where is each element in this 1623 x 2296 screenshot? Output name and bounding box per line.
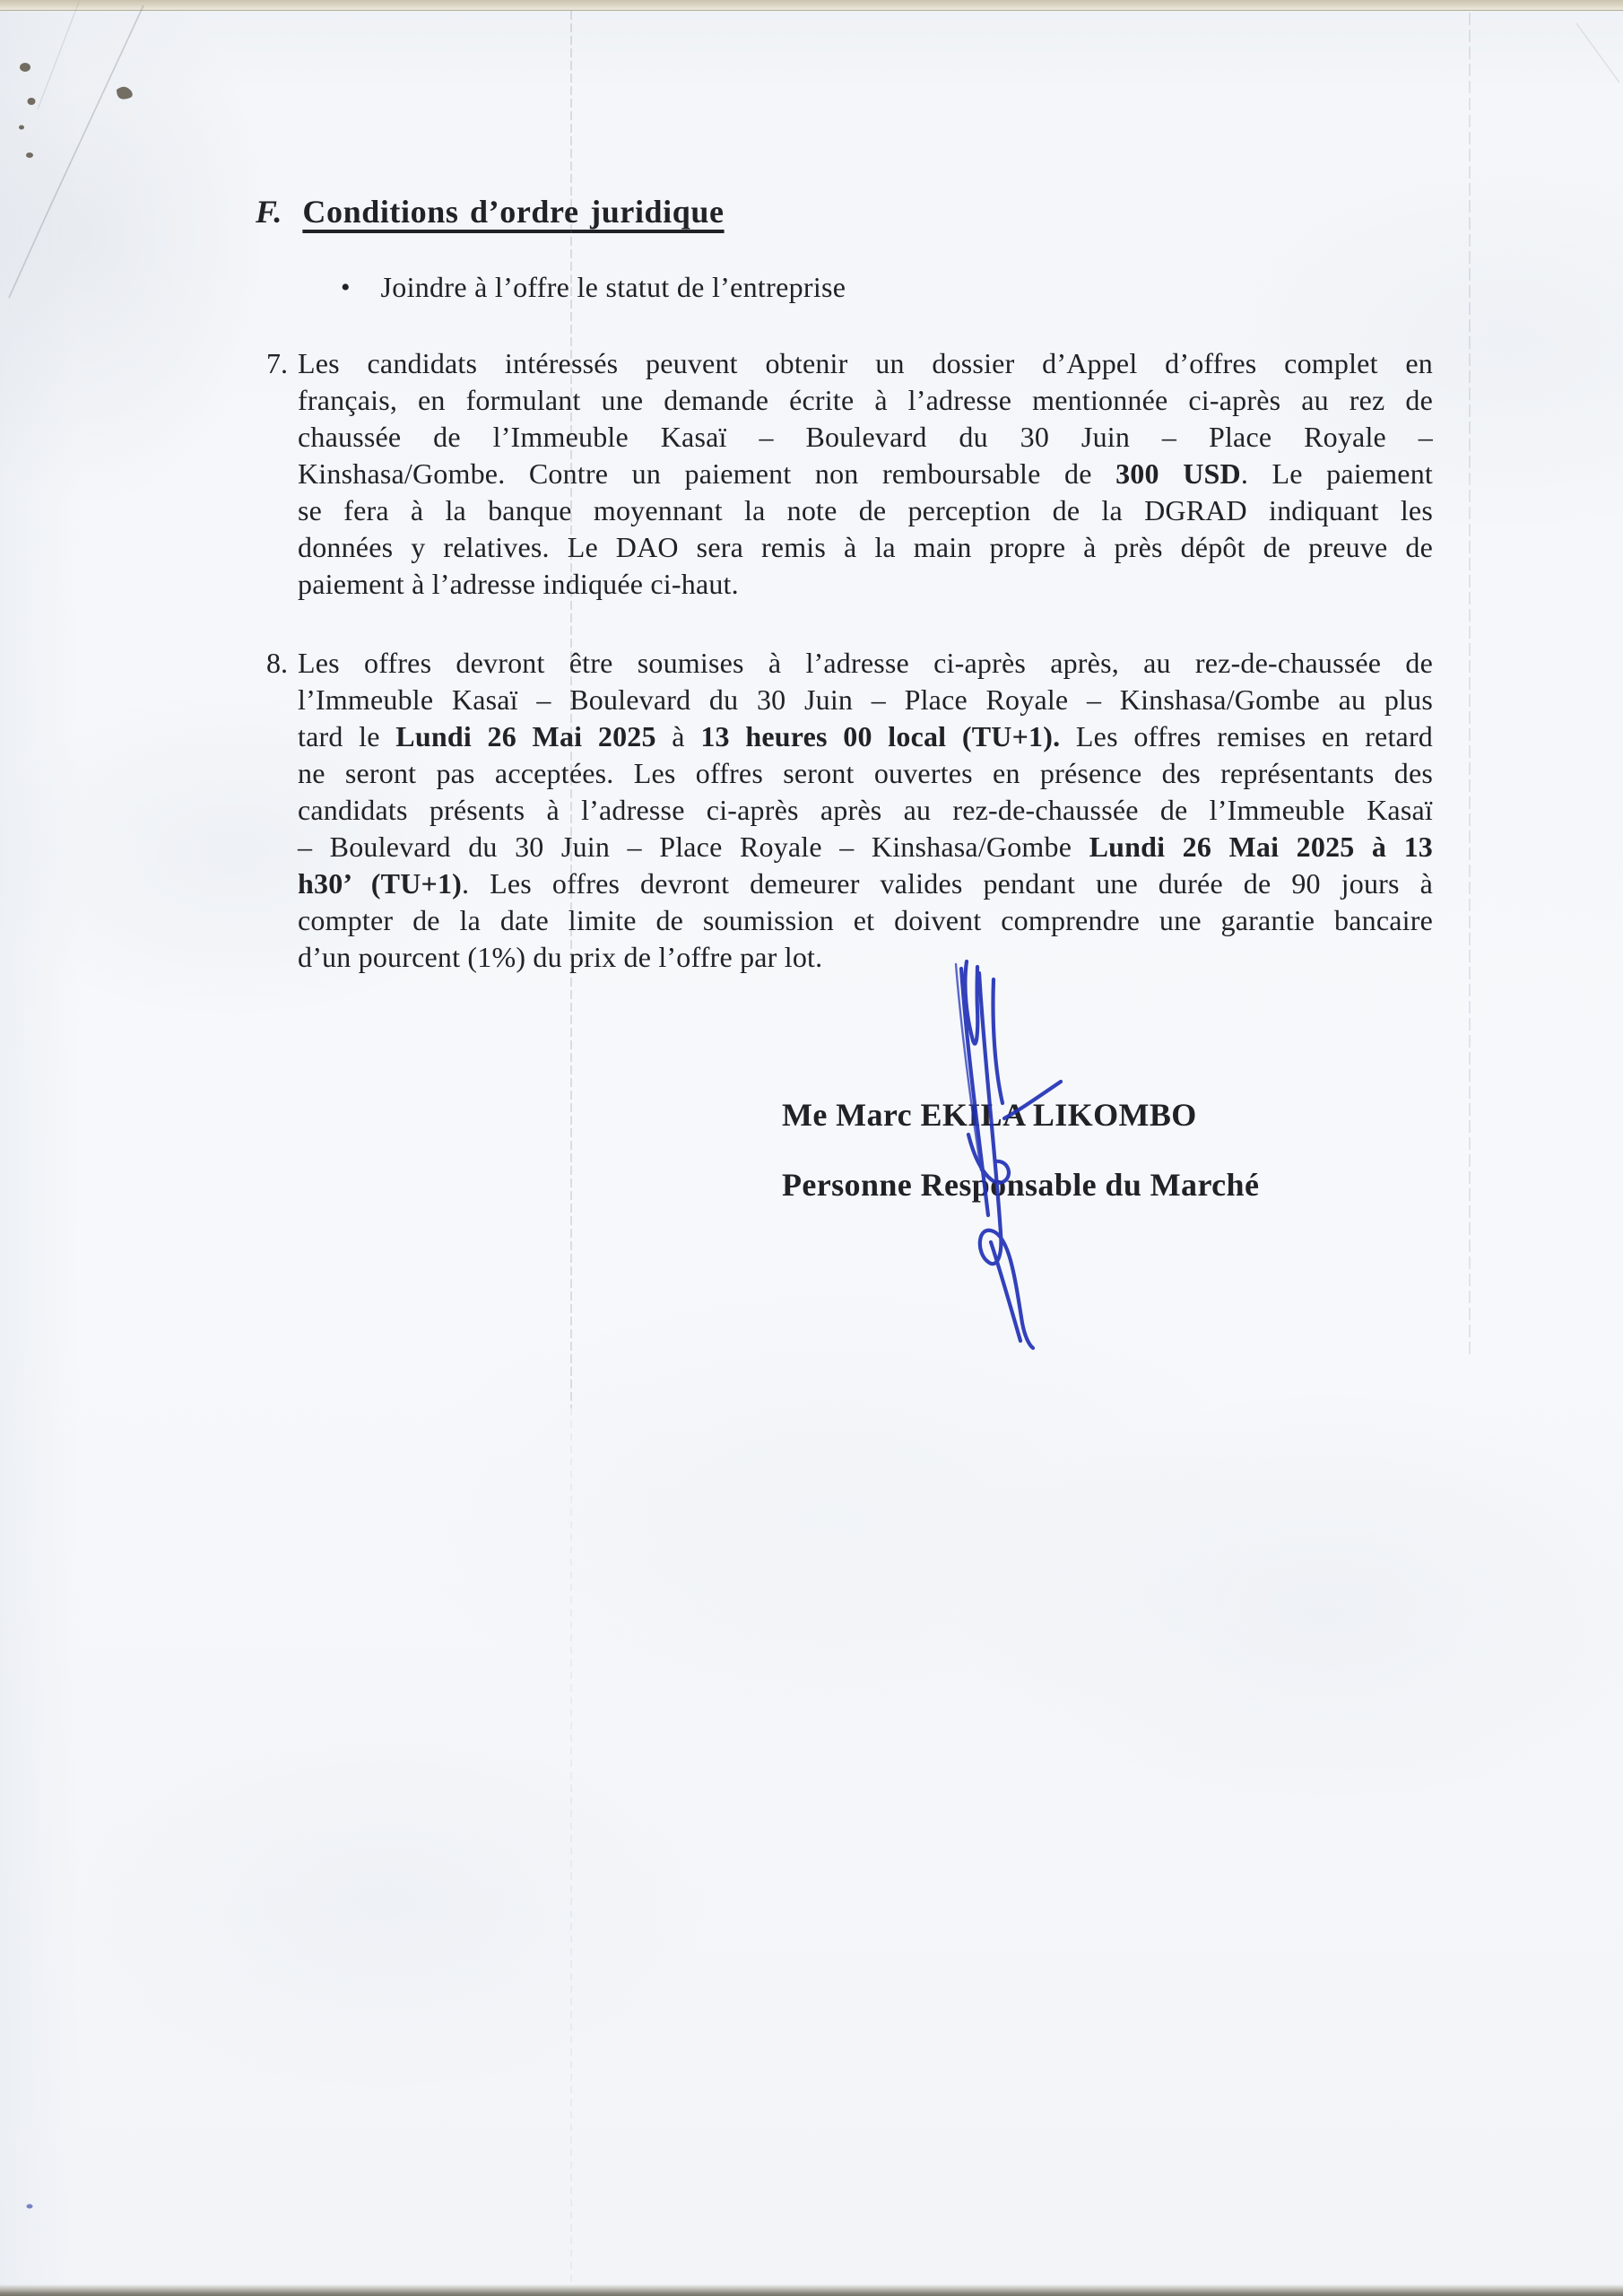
paragraph-line: tard le Lundi 26 Mai 2025 à 13 heures 00… [298,718,1433,755]
signatory-name: Me Marc EKILA LIKOMBO [782,1096,1197,1134]
paragraph-line: français, en formulant une demande écrit… [298,382,1433,419]
paragraph-line: paiement à l’adresse indiquée ci-haut. [298,566,1433,603]
paragraph-line: Les offres devront être soumises à l’adr… [298,645,1433,682]
paragraph-8: 8. Les offres devront être soumises à l’… [266,645,1433,976]
crease-lines [9,2,1619,2283]
scanned-document-page: F.Conditions d’ordre juridique •Joindre … [0,0,1623,2296]
paragraph-line: – Boulevard du 30 Juin – Place Royale – … [298,829,1433,865]
paragraph-line: données y relatives. Le DAO sera remis à… [298,529,1433,566]
paragraph-line: candidats présents à l’adresse ci-après … [298,792,1433,829]
bullet-marker: • [341,273,351,302]
paper-creases-overlay [0,0,1623,2296]
section-title: Conditions d’ordre juridique [302,194,724,230]
section-heading: F.Conditions d’ordre juridique [256,192,725,231]
paragraph-body: Les offres devront être soumises à l’adr… [298,645,1433,976]
scanner-top-edge [0,0,1623,11]
paragraph-line: h30’ (TU+1). Les offres devront demeurer… [298,865,1433,902]
paragraph-line: l’Immeuble Kasaï – Boulevard du 30 Juin … [298,682,1433,718]
section-index: F. [256,194,282,230]
paragraph-line: compter de la date limite de soumission … [298,902,1433,939]
scanner-bottom-edge [0,2284,1623,2296]
paragraph-number: 8. [266,645,288,682]
ink-speck [27,2205,33,2209]
bullet-item: •Joindre à l’offre le statut de l’entrep… [341,269,846,306]
paragraph-line: se fera à la banque moyennant la note de… [298,492,1433,529]
paragraph-line: ne seront pas acceptées. Les offres sero… [298,755,1433,792]
staple-hole-specks [19,63,133,158]
paragraph-number: 7. [266,345,288,382]
signature-ink [888,946,1121,1359]
bullet-text: Joindre à l’offre le statut de l’entrepr… [381,271,846,303]
paragraph-body: Les candidats intéressés peuvent obtenir… [298,345,1433,603]
paragraph-line: d’un pourcent (1%) du prix de l’offre pa… [298,939,1433,976]
paragraph-line: chaussée de l’Immeuble Kasaï – Boulevard… [298,419,1433,456]
paragraph-7: 7. Les candidats intéressés peuvent obte… [266,345,1433,603]
paragraph-line: Les candidats intéressés peuvent obtenir… [298,345,1433,382]
signatory-role: Personne Responsable du Marché [782,1166,1259,1204]
paragraph-line: Kinshasa/Gombe. Contre un paiement non r… [298,456,1433,492]
